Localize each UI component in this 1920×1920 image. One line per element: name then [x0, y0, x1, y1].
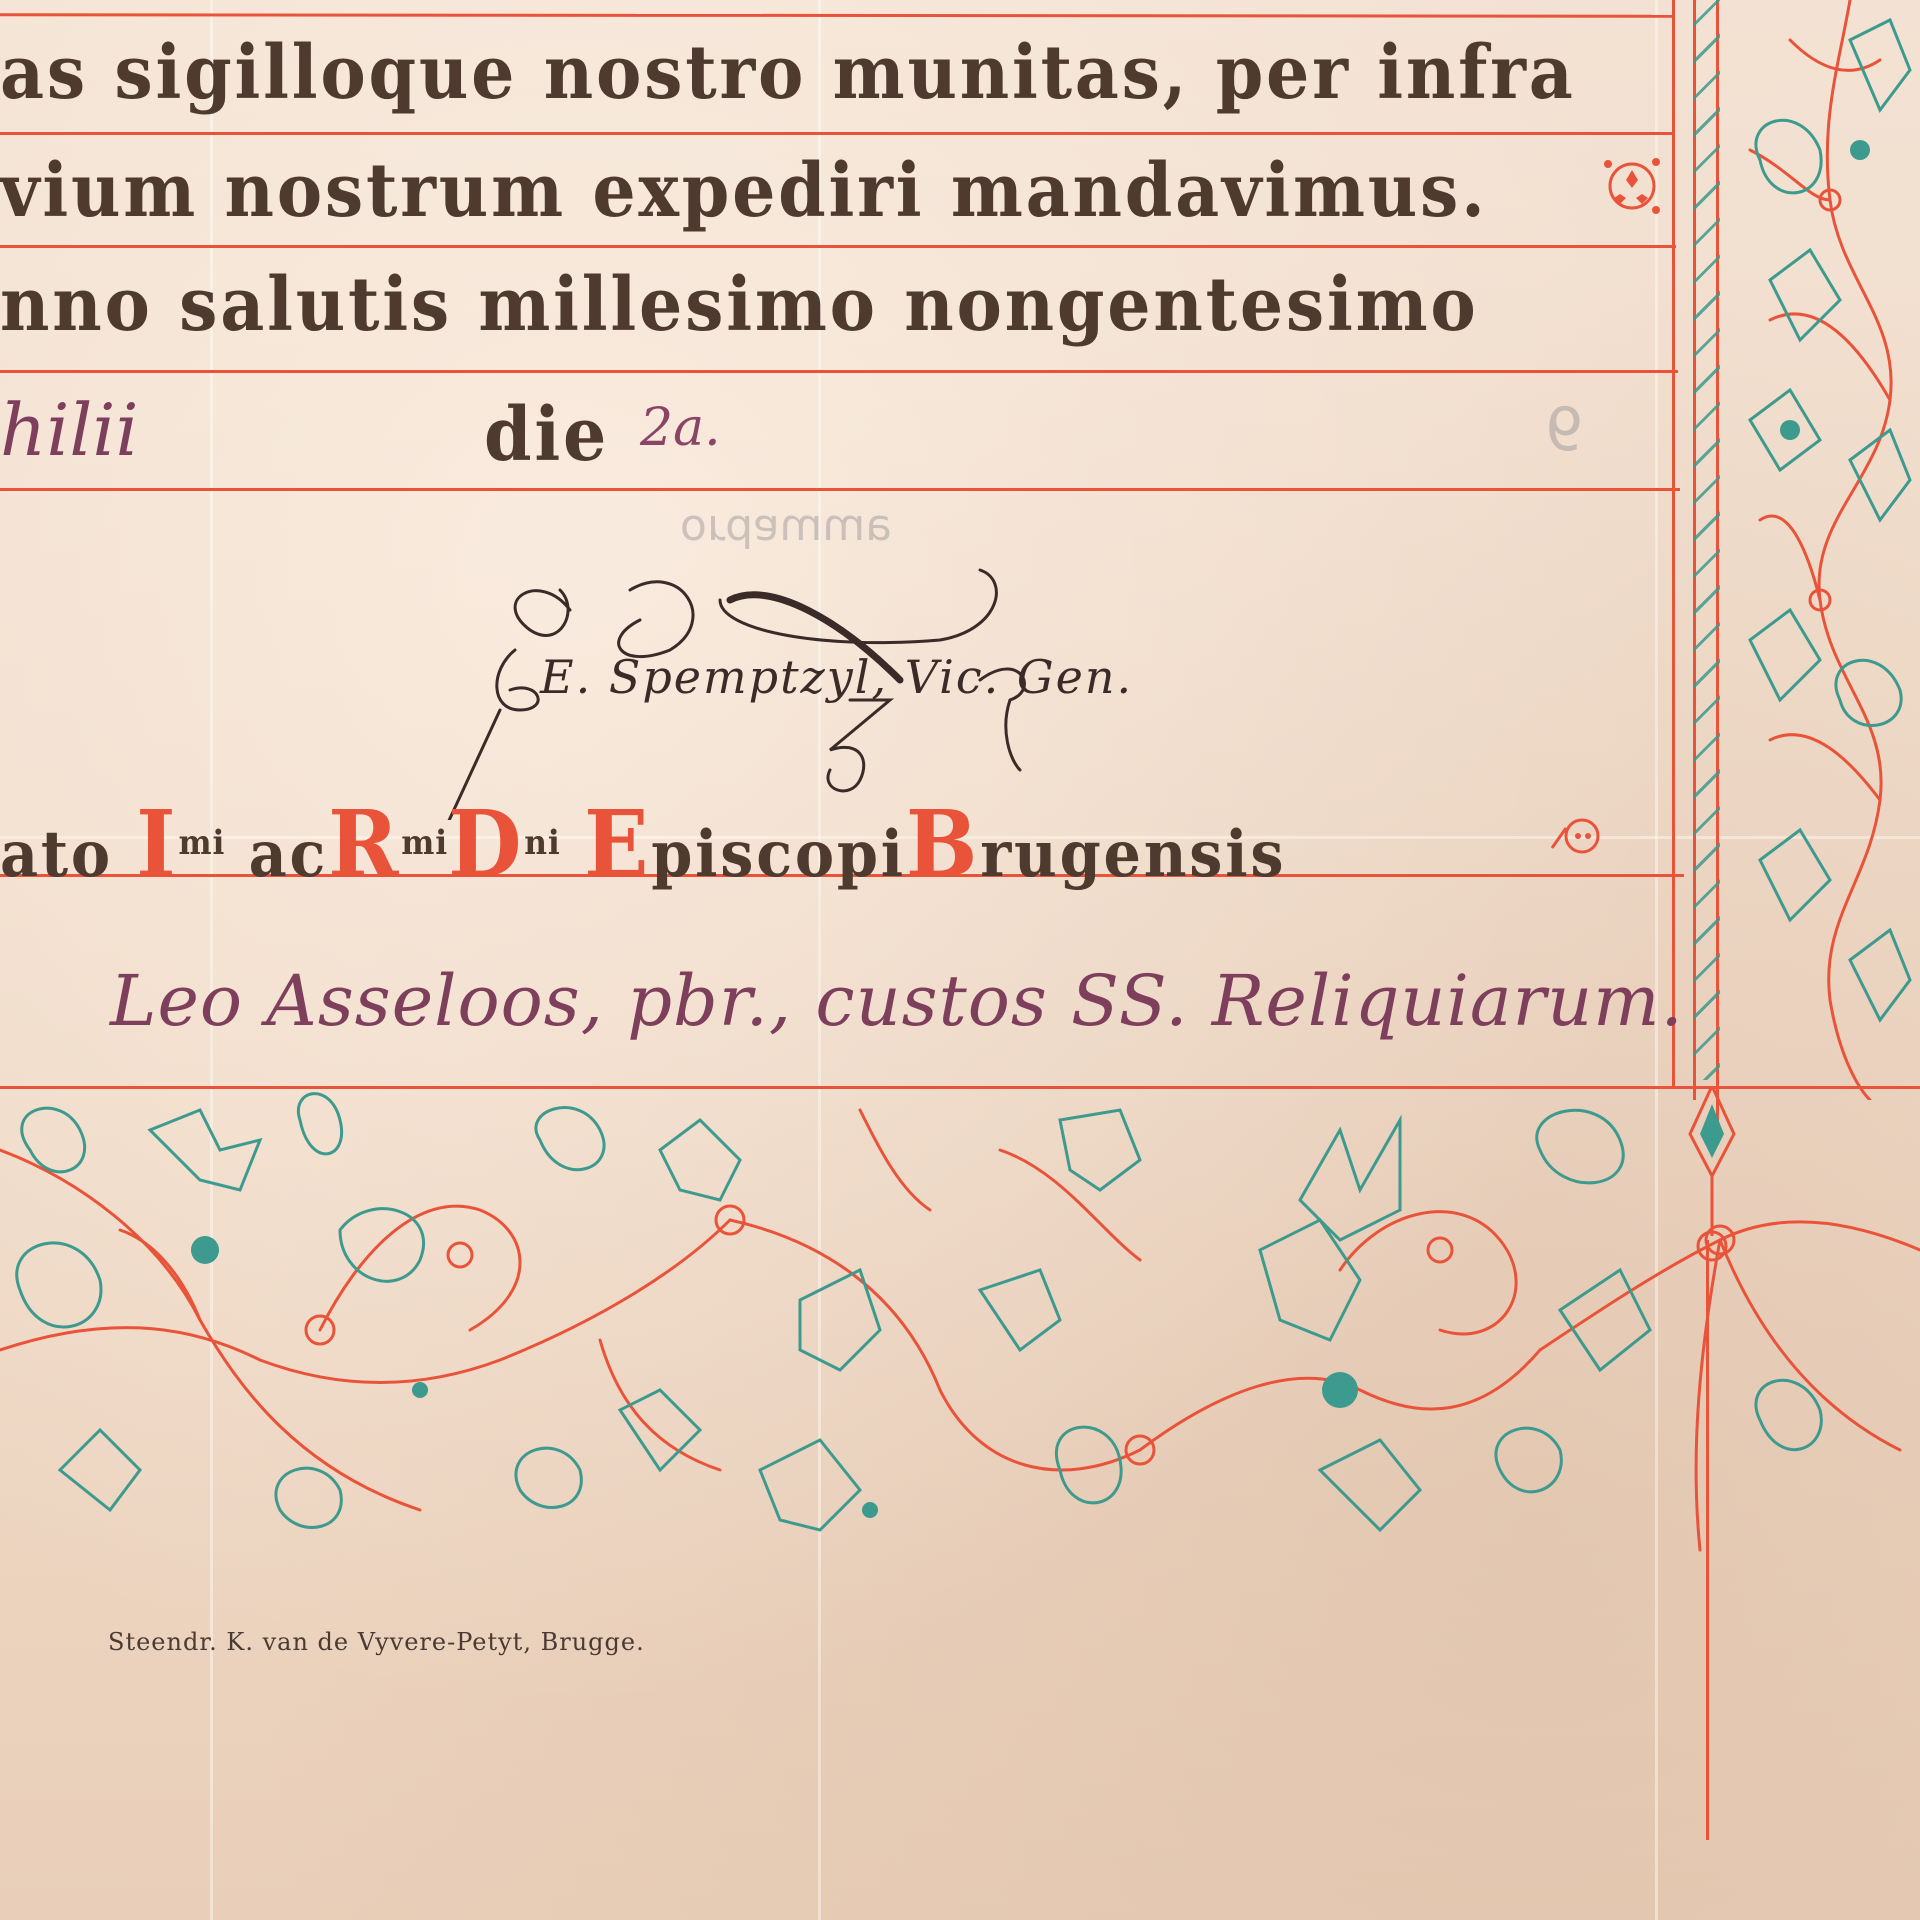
printed-line-1: as sigilloque nostro munitas, per infra: [0, 30, 1576, 116]
printed-line-2: vium nostrum expediri mandavimus.: [0, 148, 1488, 234]
border-hatching: [1694, 0, 1720, 1080]
ruled-line: [0, 132, 1674, 135]
floral-border-icon: [0, 1090, 1920, 1590]
ruled-line: [0, 370, 1678, 373]
abbrev-ni: ni: [524, 823, 560, 863]
red-initial-I: I: [136, 790, 178, 898]
printer-imprint: Steendr. K. van de Vyvere-Petyt, Brugge.: [108, 1628, 645, 1656]
ruled-line-border-top: [0, 1086, 1920, 1089]
red-initial-D: D: [448, 790, 524, 898]
abbrev-mi-2: mi: [401, 823, 448, 863]
abbrev-mi: mi: [179, 823, 226, 863]
border-diamond-ornament-icon: [1682, 1086, 1742, 1266]
mandate-line: ato Imi acRmiDni EpiscopiBrugensis: [0, 790, 1286, 898]
word-piscopi: piscopi: [651, 817, 906, 892]
line-end-knot-icon: [1548, 808, 1608, 864]
pencil-mark: 9: [1545, 395, 1583, 465]
pencil-mark-mirrored: ammɐpɹo: [680, 500, 892, 551]
printed-line-3: nno salutis millesimo nongentesimo: [0, 262, 1479, 348]
red-initial-R: R: [328, 790, 401, 898]
ruled-line: [0, 488, 1680, 491]
text-box-right-rule: [1672, 0, 1675, 1086]
red-initial-E: E: [584, 790, 651, 898]
mandate-prefix: ato: [0, 817, 113, 892]
handwritten-day: 2a.: [640, 398, 721, 458]
word-rugensis: rugensis: [980, 817, 1286, 892]
right-floral-column-icon: [1730, 0, 1920, 1100]
ruled-line: [0, 245, 1676, 248]
red-initial-B: B: [906, 790, 980, 898]
line-end-ornament-icon: [1596, 150, 1666, 220]
custodian-signature: Leo Asseloos, pbr., custos SS. Reliquiar…: [110, 960, 1684, 1042]
printed-die: die: [484, 392, 609, 478]
signature-text: E. Spemptzyl, Vic. Gen.: [540, 650, 1133, 704]
word-ac: ac: [249, 817, 329, 892]
handwritten-month: hilii: [0, 388, 138, 472]
